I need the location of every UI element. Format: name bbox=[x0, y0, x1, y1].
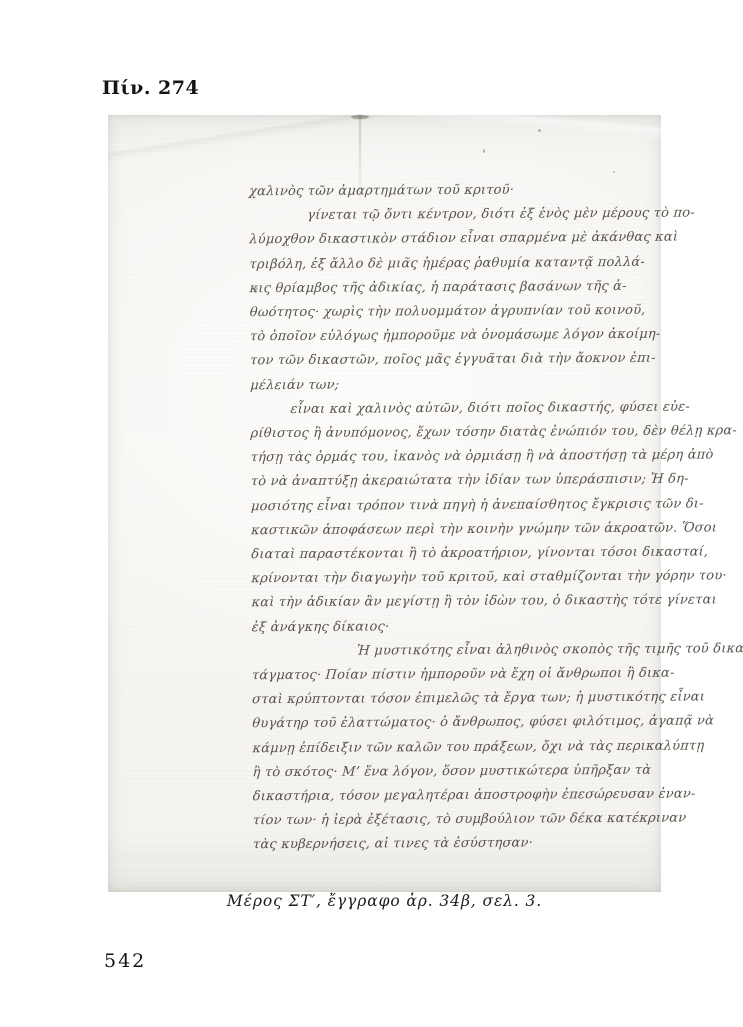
manuscript-line: ἢ τὸ σκότος· Μ’ ἕνα λόγον, ὅσον μυστικώτ… bbox=[252, 759, 666, 786]
paper-speck bbox=[538, 129, 541, 132]
manuscript-line: κάμνῃ ἐπίδειξιν τῶν καλῶν του πράξεων, ὄ… bbox=[252, 734, 666, 761]
manuscript-line: τίον των· ἡ ἱερὰ ἐξέτασις, τὸ συμβούλιον… bbox=[252, 807, 666, 834]
manuscript-line: τὰς κυβερνήσεις, αἱ τινες τὰ ἐσύστησαν· bbox=[252, 831, 666, 858]
manuscript-photo: χαλινὸς τῶν ἁμαρτημάτων τοῦ κριτοῦ·γίνετ… bbox=[108, 115, 661, 892]
manuscript-line: τὸ ὁποῖον εὐλόγως ἠμποροῦμε νὰ ὀνομάσωμε… bbox=[249, 323, 663, 350]
manuscript-line: δικαστήρια, τόσον μεγαλητέραι ἀποστροφὴν… bbox=[252, 783, 666, 810]
paper-speck bbox=[483, 149, 485, 153]
manuscript-text: χαλινὸς τῶν ἁμαρτημάτων τοῦ κριτοῦ·γίνετ… bbox=[249, 178, 665, 858]
manuscript-line: τὸ νὰ ἀναπτύξῃ ἀκεραιώτατα τὴν ἰδίαν των… bbox=[250, 468, 664, 495]
manuscript-line: Ἡ μυστικότης εἶναι ἀληθινὸς σκοπὸς τῆς τ… bbox=[251, 638, 665, 665]
book-page: Πίν. 274 χαλινὸς τῶν ἁμαρτημάτων τοῦ κρι… bbox=[0, 0, 743, 1027]
paper-smudge bbox=[351, 115, 369, 119]
page-number: 542 bbox=[104, 950, 146, 972]
manuscript-line: κις θρίαμβος τῆς ἀδικίας, ἡ παράτασις βα… bbox=[249, 275, 663, 302]
manuscript-line: καὶ τὴν ἀδικίαν ἂν μεγίστῃ ἢ τὸν ἰδὼν το… bbox=[251, 589, 665, 616]
figure-caption: Μέρος ΣΤ′, ἔγγραφο ἀρ. 34β, σελ. 3. bbox=[108, 892, 661, 910]
manuscript-line: τον τῶν δικαστῶν, ποῖος μᾶς ἐγγυᾶται διὰ… bbox=[249, 347, 663, 374]
manuscript-line: ἐξ ἀνάγκης δίκαιος· bbox=[251, 613, 665, 640]
manuscript-line: τάγματος· Ποίαν πίστιν ἠμποροῦν νὰ ἔχη ο… bbox=[251, 662, 665, 689]
manuscript-line: μοσιότης εἶναι τρόπον τινὰ πηγὴ ἡ ἀνεπαί… bbox=[250, 492, 664, 519]
manuscript-line: θωότητος· χωρὶς τὴν πολυομμάτον ἀγρυπνία… bbox=[249, 299, 663, 326]
manuscript-line: μέλειάν των; bbox=[249, 371, 663, 398]
manuscript-line: τήσῃ τὰς ὁρμάς του, ἱκανὸς νὰ ὁρμιάσῃ ἢ … bbox=[250, 444, 664, 471]
manuscript-line: εἶναι καὶ χαλινὸς αὐτῶν, διότι ποῖος δικ… bbox=[250, 396, 664, 423]
manuscript-line: διαταὶ παραστέκονται ἢ τὸ ἀκροατήριον, γ… bbox=[250, 541, 664, 568]
manuscript-line: θυγάτηρ τοῦ ἐλαττώματος· ὁ ἄνθρωπος, φύσ… bbox=[251, 710, 665, 737]
manuscript-line: ρίθιστος ἢ ἀνυπόμονος, ἔχων τόσην διατὰς… bbox=[250, 420, 664, 447]
manuscript-line: χαλινὸς τῶν ἁμαρτημάτων τοῦ κριτοῦ· bbox=[248, 178, 662, 205]
manuscript-line: καστικῶν ἀποφάσεων περὶ τὴν κοινὴν γνώμη… bbox=[250, 517, 664, 544]
paper-speck bbox=[613, 171, 615, 173]
manuscript-line: τριβόλη, ἐξ ἄλλο δὲ μιᾶς ἡμέρας ῥαθυμία … bbox=[249, 250, 663, 277]
manuscript-line: λύμοχθον δικαστικὸν στάδιον εἶναι σπαρμέ… bbox=[249, 226, 663, 253]
manuscript-line: γίνεται τῷ ὄντι κέντρον, διότι ἐξ ἑνὸς μ… bbox=[248, 202, 662, 229]
manuscript-line: κρίνονται τὴν διαγωγὴν τοῦ κριτοῦ, καὶ σ… bbox=[251, 565, 665, 592]
plate-label: Πίν. 274 bbox=[102, 77, 199, 99]
manuscript-line: σταὶ κρύπτονται τόσον ἐπιμελῶς τὰ ἔργα τ… bbox=[251, 686, 665, 713]
